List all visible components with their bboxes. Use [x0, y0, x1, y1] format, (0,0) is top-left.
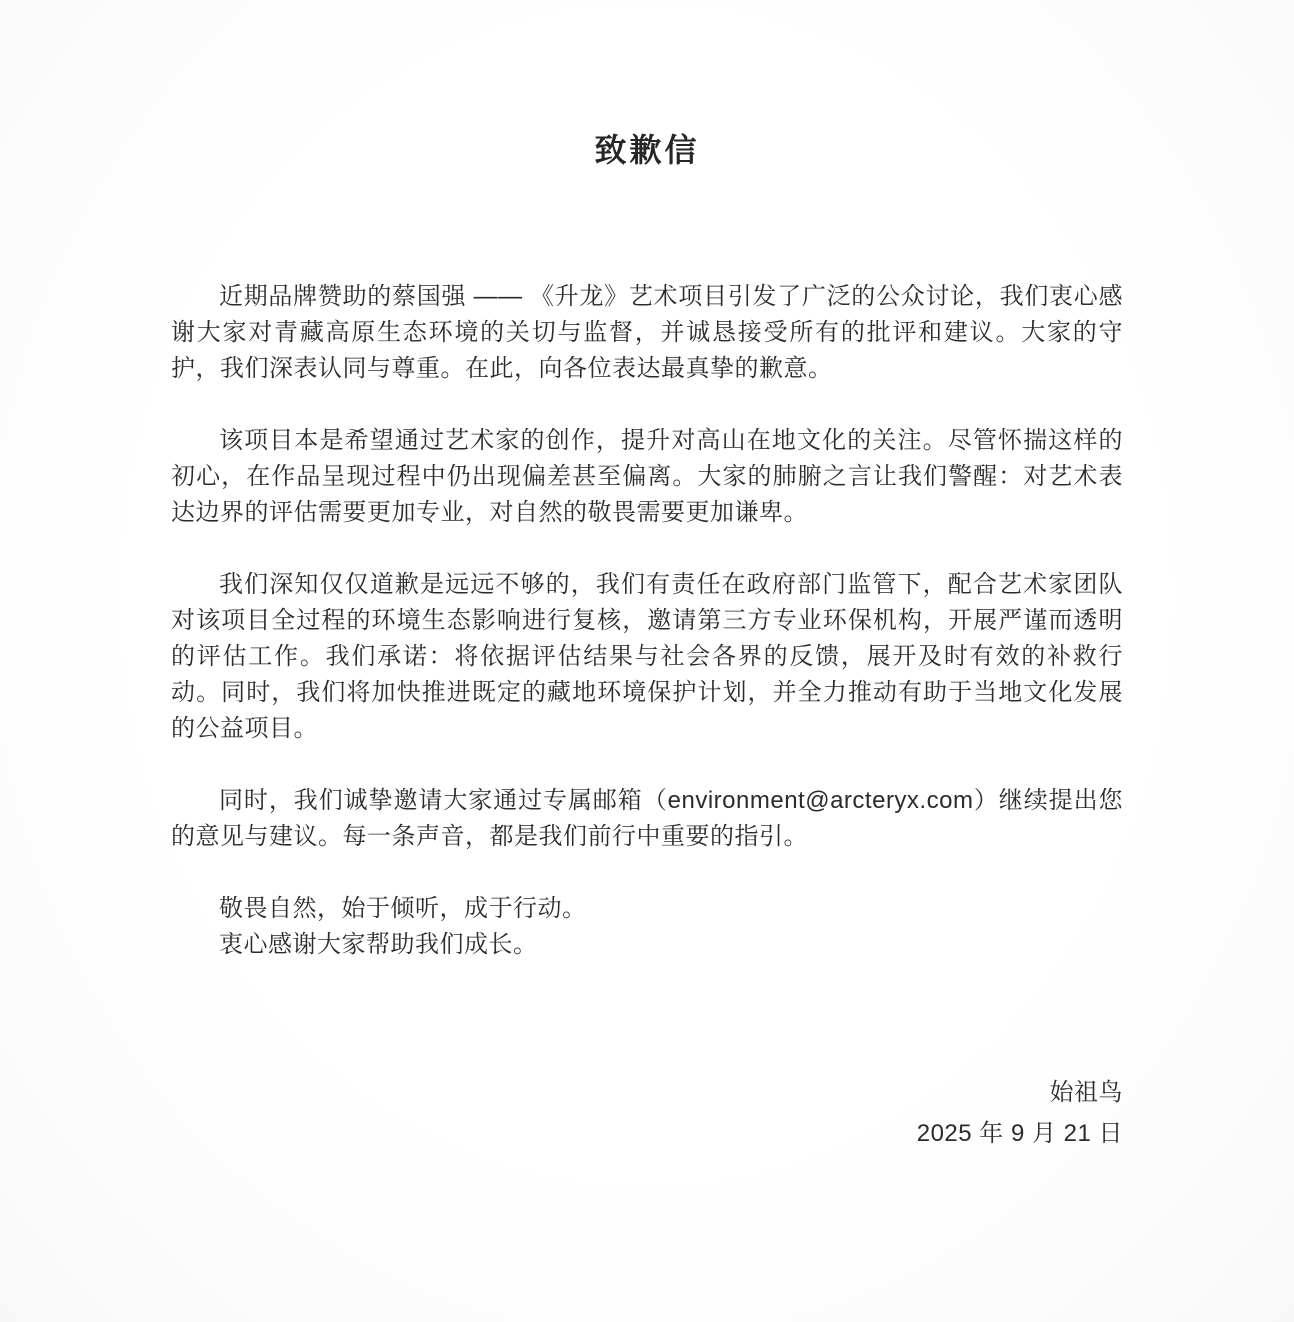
letter-body: 近期品牌赞助的蔡国强 —— 《升龙》艺术项目引发了广泛的公众讨论，我们衷心感谢大… — [171, 279, 1123, 1154]
letter-date: 2025 年 9 月 21 日 — [171, 1113, 1123, 1154]
closing-line-1: 敬畏自然，始于倾听，成于行动。 — [171, 891, 1123, 927]
closing-line-2: 衷心感谢大家帮助我们成长。 — [171, 927, 1123, 963]
letter-paragraph-4: 同时，我们诚挚邀请大家通过专属邮箱（environment@arcteryx.c… — [171, 783, 1123, 855]
brand-signature: 始祖鸟 — [171, 1072, 1123, 1113]
letter-paragraph-1: 近期品牌赞助的蔡国强 —— 《升龙》艺术项目引发了广泛的公众讨论，我们衷心感谢大… — [171, 279, 1123, 387]
apology-letter-page: 致歉信 近期品牌赞助的蔡国强 —— 《升龙》艺术项目引发了广泛的公众讨论，我们衷… — [0, 0, 1294, 1322]
signature-block: 始祖鸟 2025 年 9 月 21 日 — [171, 1072, 1123, 1154]
letter-paragraph-3: 我们深知仅仅道歉是远远不够的，我们有责任在政府部门监管下，配合艺术家团队对该项目… — [171, 567, 1123, 747]
letter-title: 致歉信 — [0, 132, 1294, 168]
letter-paragraph-2: 该项目本是希望通过艺术家的创作，提升对高山在地文化的关注。尽管怀揣这样的初心，在… — [171, 423, 1123, 531]
closing-lines: 敬畏自然，始于倾听，成于行动。 衷心感谢大家帮助我们成长。 — [171, 891, 1123, 963]
